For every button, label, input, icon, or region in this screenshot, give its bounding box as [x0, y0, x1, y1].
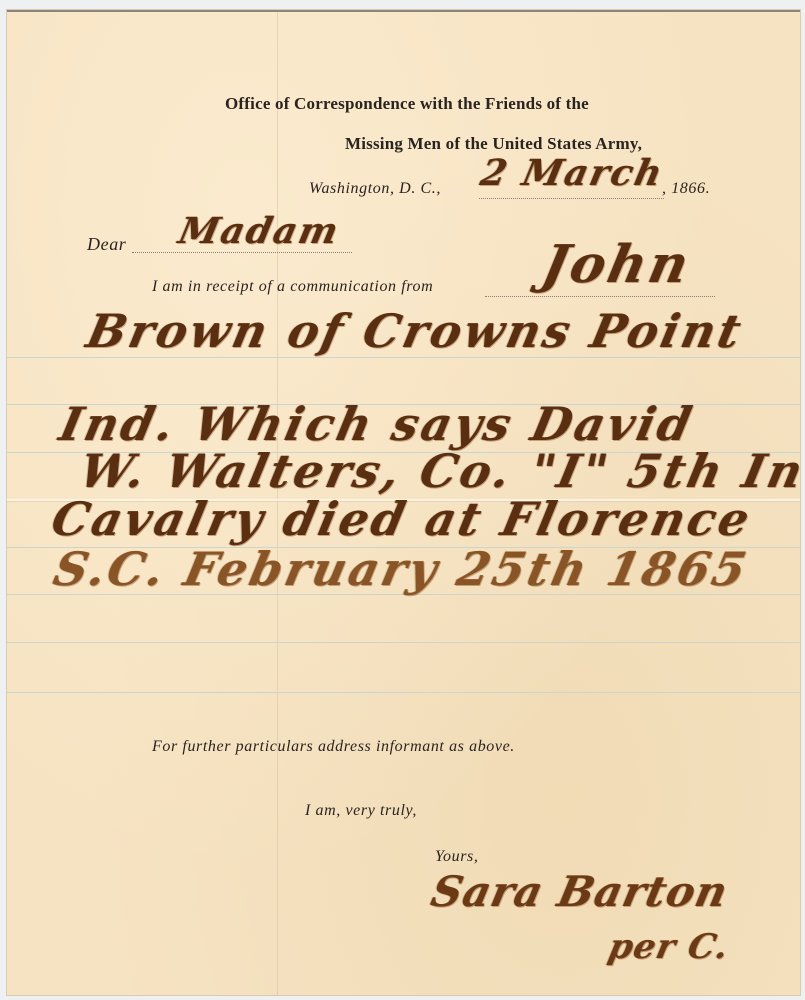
salutation-dear: Dear	[87, 234, 126, 255]
date-fill-line	[479, 198, 664, 199]
handwritten-line-3: W. Walters, Co. "I" 5th Ind	[75, 444, 800, 498]
further-particulars-text: For further particulars address informan…	[152, 738, 515, 756]
handwritten-date: 2 March	[477, 152, 668, 194]
ruled-line	[7, 692, 800, 693]
very-truly-text: I am, very truly,	[305, 802, 417, 820]
intro-text: I am in receipt of a communication from	[152, 278, 433, 296]
ruled-line	[7, 642, 800, 643]
handwritten-line-4: Cavalry died at Florence	[47, 492, 757, 546]
letterhead-line-1: Office of Correspondence with the Friend…	[225, 94, 589, 114]
handwritten-line-2: Ind. Which says David	[55, 397, 699, 451]
signature: Sara Barton	[427, 867, 733, 916]
letter-page: Office of Correspondence with the Friend…	[7, 10, 800, 995]
handwritten-line-5: S.C. February 25th 1865	[49, 542, 754, 596]
signature-suffix: per C.	[605, 927, 733, 967]
yours-text: Yours,	[435, 848, 478, 866]
dateline-year: , 1866.	[662, 180, 710, 198]
handwritten-john: John	[537, 234, 697, 295]
salutation-fill-line	[132, 252, 352, 253]
handwritten-line-1: Brown of Crowns Point	[82, 304, 749, 358]
letterhead-line-2: Missing Men of the United States Army,	[345, 134, 642, 154]
dateline-place: Washington, D. C.,	[309, 180, 441, 198]
intro-fill-line	[485, 296, 715, 297]
handwritten-salutation: Madam	[175, 210, 344, 252]
